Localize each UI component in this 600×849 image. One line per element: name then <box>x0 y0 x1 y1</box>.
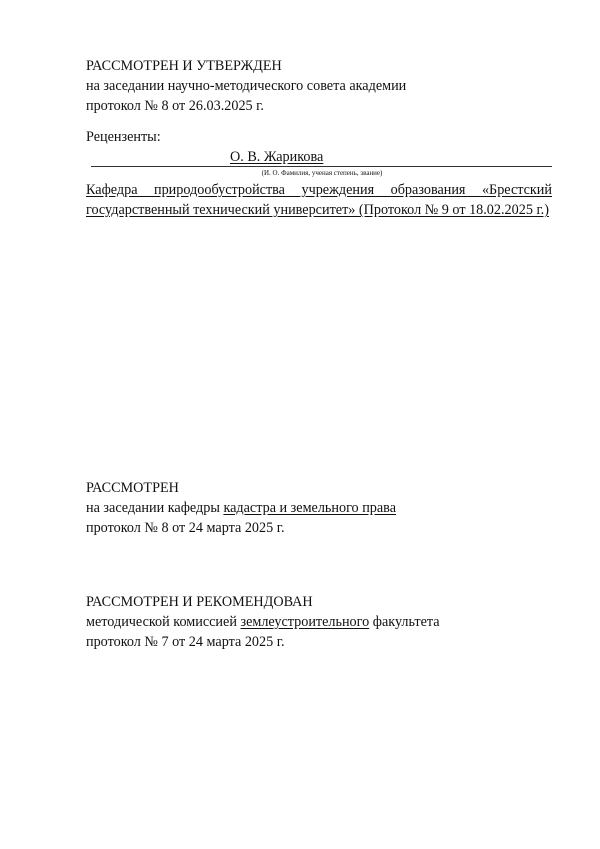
department-review-title: РАССМОТРЕН <box>86 478 556 498</box>
meeting-prefix: на заседании кафедры <box>86 500 223 516</box>
reviewer-name: О. В. Жарикова <box>230 147 323 167</box>
department-review-protocol: протокол № 8 от 24 марта 2025 г. <box>86 518 556 538</box>
department-review-meeting: на заседании кафедры кадастра и земельно… <box>86 498 556 518</box>
reviewers-label: Рецензенты: <box>86 127 556 147</box>
commission-prefix: методической комиссией <box>86 614 240 630</box>
reviewer-department-line2: государственный технический университет»… <box>86 200 552 220</box>
commission-review-protocol: протокол № 7 от 24 марта 2025 г. <box>86 632 556 652</box>
commission-suffix: факультета <box>369 614 439 630</box>
commission-review-commission: методической комиссией землеустроительно… <box>86 612 556 632</box>
reviewers-block: Рецензенты: <box>86 127 556 147</box>
faculty-name: землеустроительного <box>240 614 369 630</box>
approval-protocol: протокол № 8 от 26.03.2025 г. <box>86 96 556 116</box>
reviewer-department-line1: Кафедра природообустройства учреждения о… <box>86 180 552 200</box>
approval-title: РАССМОТРЕН И УТВЕРЖДЕН <box>86 56 556 76</box>
commission-review-block: РАССМОТРЕН И РЕКОМЕНДОВАН методической к… <box>86 592 556 652</box>
reviewer-department: Кафедра природообустройства учреждения о… <box>86 180 552 220</box>
commission-review-title: РАССМОТРЕН И РЕКОМЕНДОВАН <box>86 592 556 612</box>
approval-council: на заседании научно-методического совета… <box>86 76 556 96</box>
approval-block: РАССМОТРЕН И УТВЕРЖДЕН на заседании науч… <box>86 56 556 116</box>
department-review-block: РАССМОТРЕН на заседании кафедры кадастра… <box>86 478 556 538</box>
reviewer-field-hint: (И. О. Фамилия, ученая степень, звание) <box>0 168 600 178</box>
department-name: кадастра и земельного права <box>223 500 396 516</box>
